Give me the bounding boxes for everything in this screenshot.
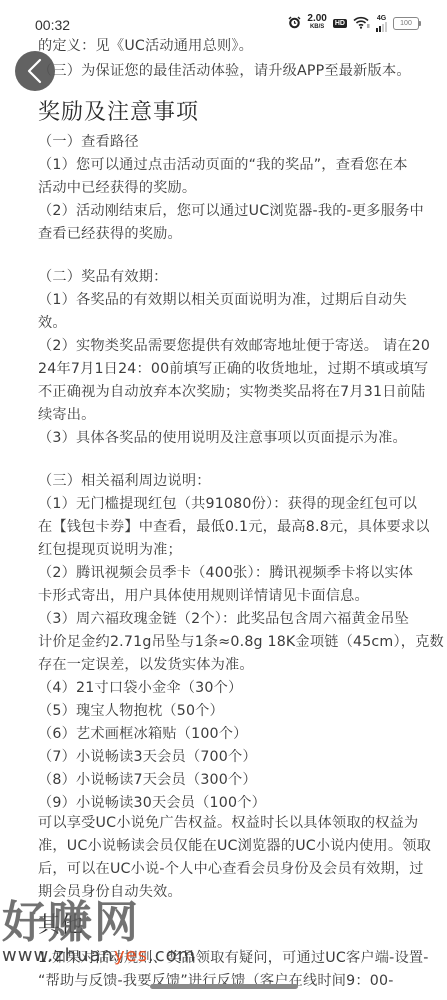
prize-item: （7）小说畅读3天会员（700个）: [38, 747, 257, 767]
net-speed: 2.00 KB/S: [307, 15, 326, 31]
paragraph-line: 计价足金约2.71g吊坠与1条≈0.8g 18K金项链（45cm），克数: [38, 632, 444, 652]
paragraph-line: （2）活动刚结束后，您可以通过UC浏览器-我的-更多服务中: [38, 201, 424, 221]
prize-item: （9）小说畅读30天会员（100个）: [38, 793, 266, 813]
intro-line: 的定义：见《UC活动通用总则》。: [38, 36, 253, 56]
paragraph-line: 活动中已经获得的奖励。: [38, 178, 196, 198]
status-time: 00:32: [35, 17, 70, 33]
paragraph-line: 1.如果对活动规则、奖品领取有疑问，可通过UC客户端-设置-: [38, 948, 429, 968]
paragraph-line: 准，UC小说畅读会员仅能在UC浏览器的UC小说内使用。领取: [38, 836, 431, 856]
paragraph-line: （2）实物类奖品需要您提供有效邮寄地址便于寄送。 请在20: [38, 336, 430, 356]
paragraph-line: 可以享受UC小说免广告权益。权益时长以具体领取的权益为: [38, 813, 418, 833]
paragraph-line: 卡形式寄出，用户具体使用规则详情请见卡面信息。: [38, 586, 369, 606]
paragraph-line: 不正确视为自动放弃本次奖励；实物类奖品将在7月31日前陆: [38, 382, 425, 402]
paragraph-line: （2）腾讯视频会员季卡（400张）：腾讯视频季卡将以实体: [38, 563, 413, 583]
subsection-title: （一）查看路径: [38, 132, 139, 152]
paragraph-line: 在【钱包卡券】中查看，最低0.1元，最高8.8元，具体要求以: [38, 517, 430, 537]
paragraph-line: 效。: [38, 313, 67, 333]
hd-icon: HD: [333, 19, 347, 28]
paragraph-line: 24年7月1日24：00前填写正确的收货地址，过期不填或填写: [38, 359, 428, 379]
subsection-title: （二）奖品有效期：: [38, 267, 168, 287]
watermark-logo: 好赚网: [2, 898, 196, 948]
paragraph-line: 续寄出。: [38, 405, 96, 425]
paragraph-line: （1）您可以通过点击活动页面的“我的奖品”，查看您在本: [38, 155, 408, 175]
paragraph-line: （3）具体各奖品的使用说明及注意事项以页面提示为准。: [38, 428, 407, 448]
status-icons: 2.00 KB/S HD 4G 100: [288, 14, 419, 32]
paragraph-line: 后，可以在UC小说-个人中心查看会员身份及会员有效期，过: [38, 859, 424, 879]
prize-item: （6）艺术画框冰箱贴（100个）: [38, 724, 248, 744]
alarm-icon: [288, 14, 301, 33]
prize-item: （4）21寸口袋小金伞（30个）: [38, 678, 242, 698]
home-indicator[interactable]: [150, 984, 298, 989]
paragraph-line: 期会员身份自动失效。: [38, 882, 182, 902]
paragraph-line: 红包提现页说明为准；: [38, 540, 182, 560]
paragraph-line: （3）周六福玫瑰金链（2个）：此奖品包含周六福黄金吊坠: [38, 609, 409, 629]
paragraph-line: （1）无门槛提现红包（共91080份）：获得的现金红包可以: [38, 494, 417, 514]
section-title-rewards: 奖励及注意事项: [38, 99, 199, 127]
battery-icon: 100: [393, 17, 419, 30]
prize-item: （5）瑰宝人物抱枕（50个）: [38, 701, 224, 721]
prize-item: （8）小说畅读7天会员（300个）: [38, 770, 257, 790]
paragraph-line: 查看已经获得的奖励。: [38, 224, 182, 244]
intro-line: （三）为保证您的最佳活动体验，请升级APP至最新版本。: [38, 61, 411, 81]
section-title-other: 其他: [38, 912, 84, 940]
status-bar: 00:32 2.00 KB/S HD 4G 100: [0, 0, 447, 38]
subsection-title: （三）相关福利周边说明：: [38, 471, 211, 491]
wifi-icon: [353, 14, 370, 33]
paragraph-line: 存在一定误差，以发货实体为准。: [38, 655, 254, 675]
chevron-left-icon: [25, 58, 45, 84]
signal-icon: 4G: [376, 15, 387, 32]
paragraph-line: （1）各奖品的有效期以相关页面说明为准，过期后自动失: [38, 290, 407, 310]
back-button[interactable]: [15, 51, 55, 91]
